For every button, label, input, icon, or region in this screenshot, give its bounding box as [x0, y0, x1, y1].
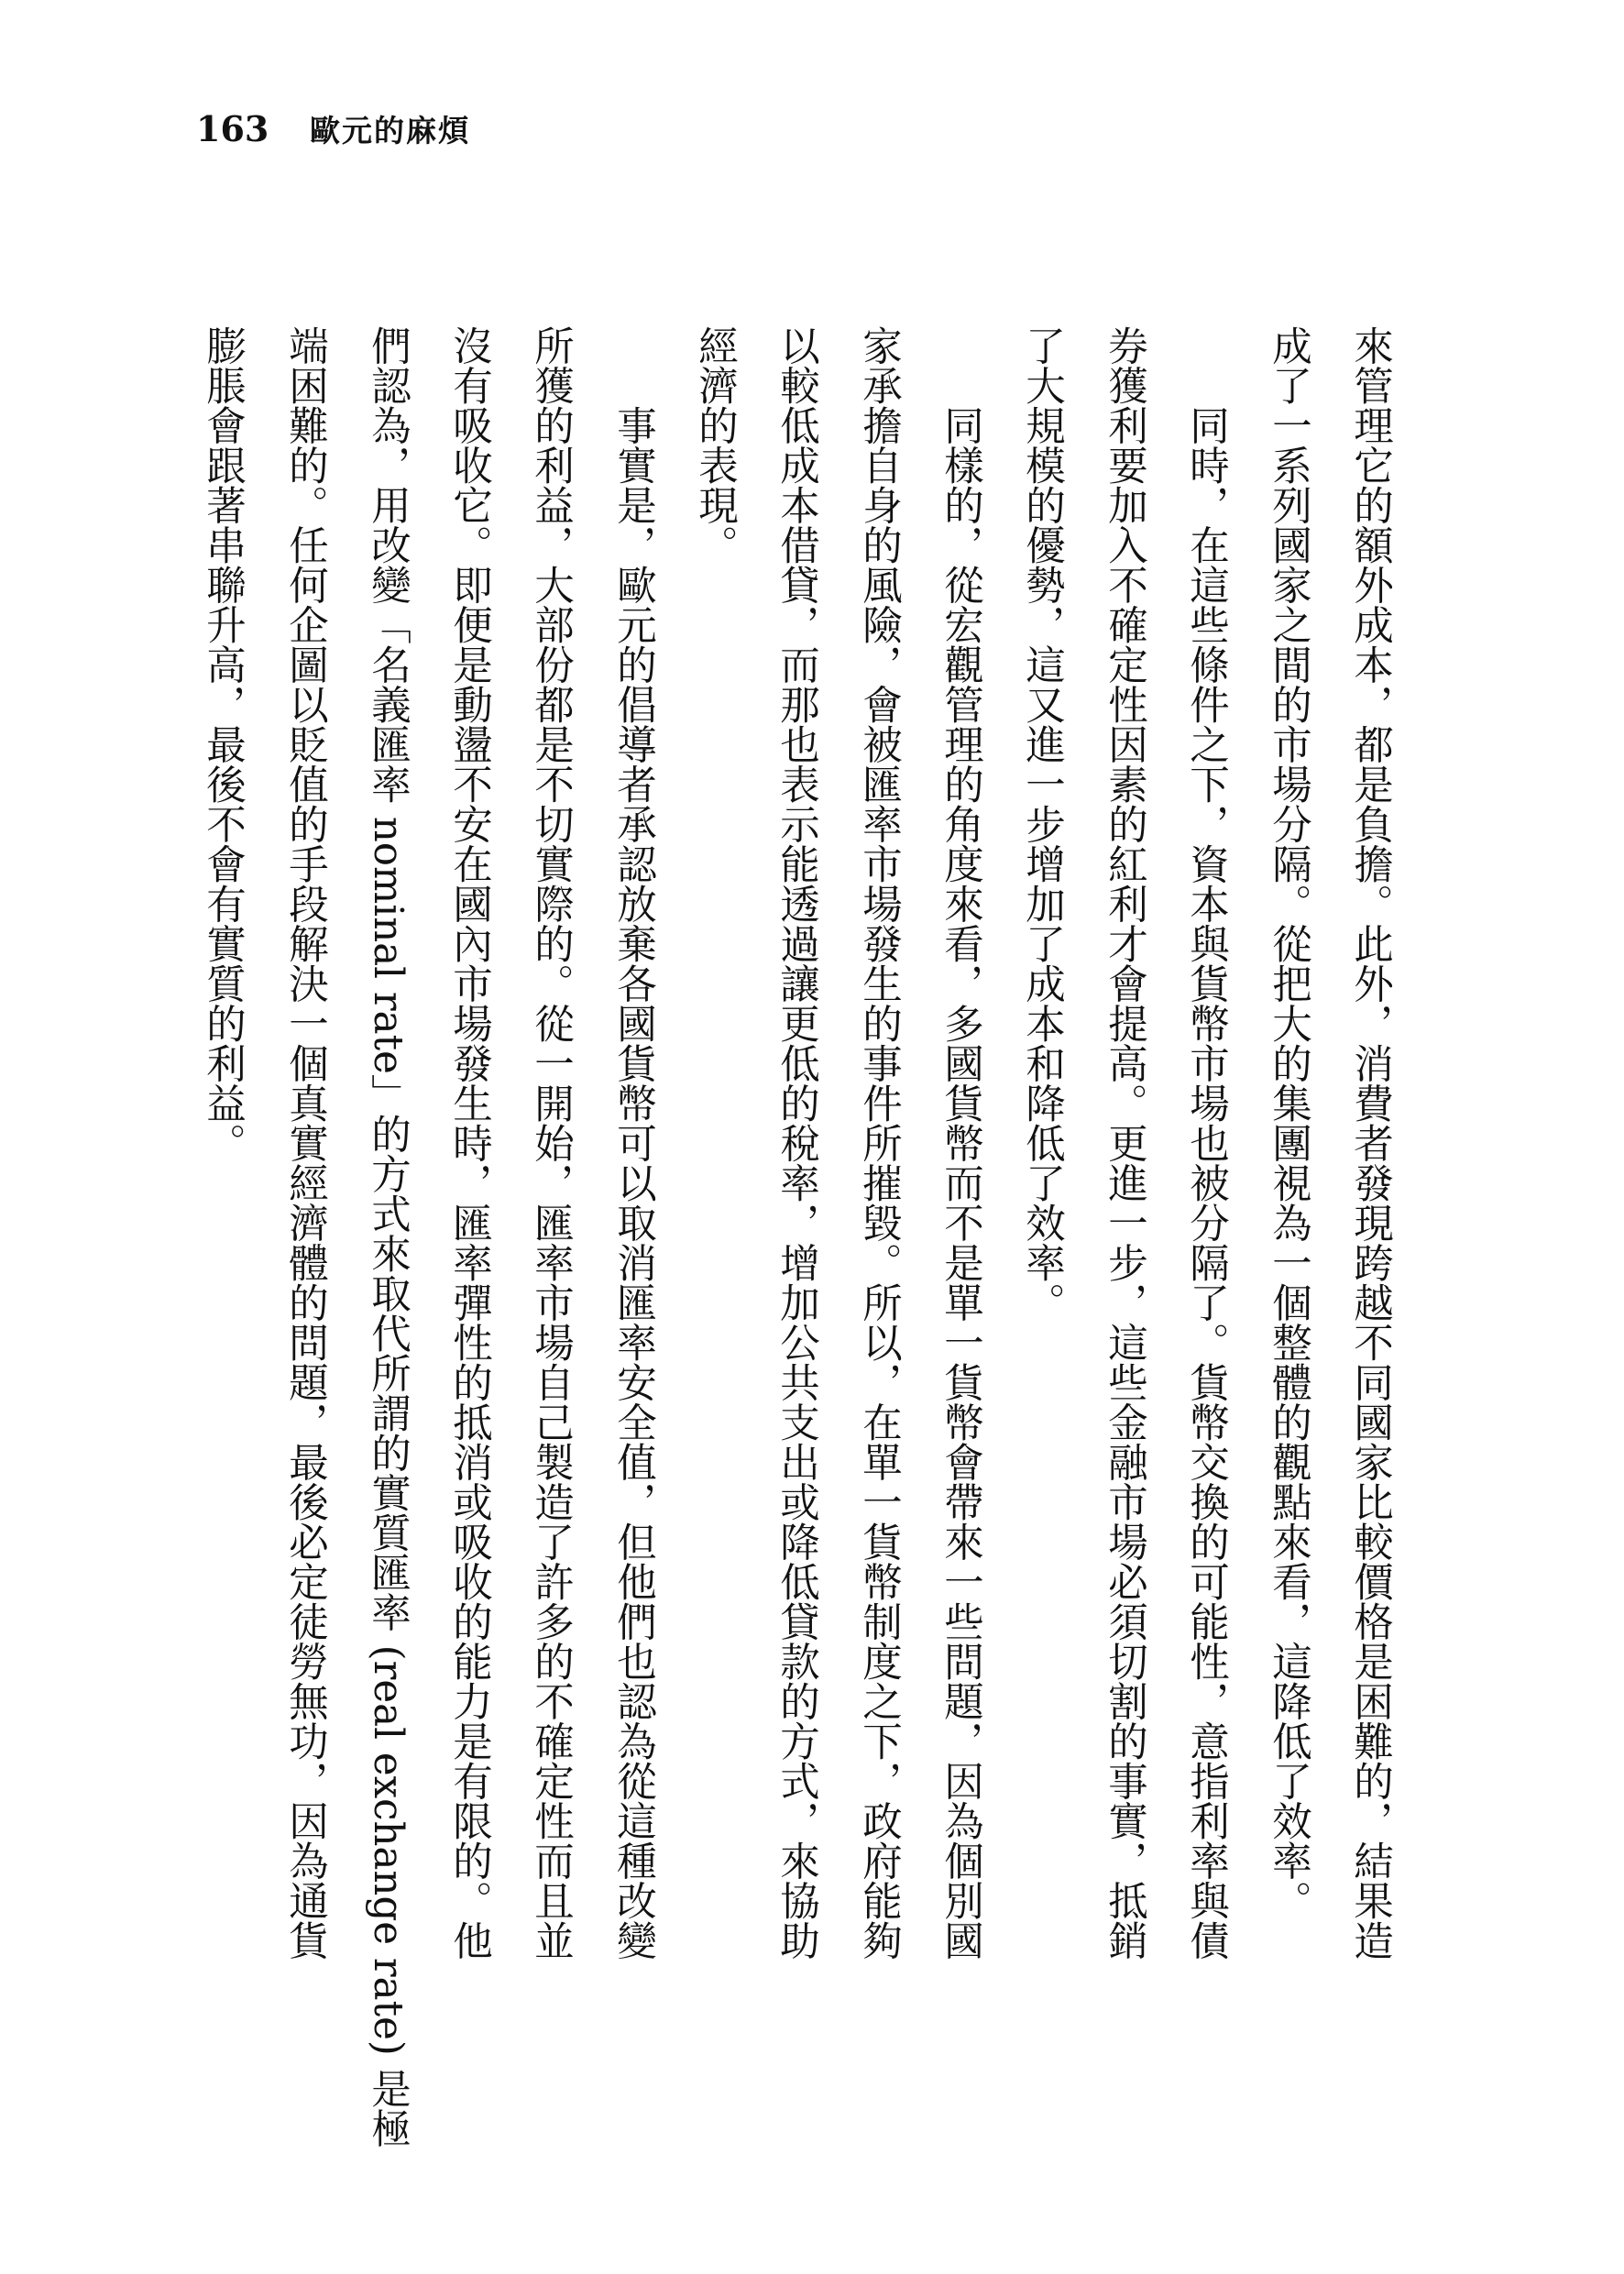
text-column-1: 來管理它的額外成本，都是負擔。此外，消費者發現跨越不同國家比較價格是困難的，結果…: [1347, 325, 1393, 2012]
text-column-11: 所獲的利益，大部份都是不切實際的。從一開始，匯率市場自己製造了許多的不確定性而且…: [528, 325, 574, 2012]
text-column-14: 端困難的。任何企圖以貶值的手段解決一個真實經濟體的問題，最後必定徒勞無功，因為通…: [282, 325, 328, 2012]
text-column-13: 們認為，用改變「名義匯率 nominal rate」的方式來取代所謂的實質匯率 …: [365, 325, 411, 2012]
text-column-5: 了大規模的優勢，這又進一步增加了成本和降低了效率。: [1019, 325, 1065, 2012]
text-column-7: 家承擔自身的風險，會被匯率市場發生的事件所摧毀。所以，在單一貨幣制度之下，政府能…: [856, 325, 902, 2012]
text-column-15: 膨脹會跟著串聯升高，最後不會有實質的利益。: [200, 325, 246, 2012]
text-column-9: 經濟的表現。: [692, 325, 738, 2012]
text-column-4: 券獲利要加入不確定性因素的紅利才會提高。更進一步，這些金融市場必須切割的事實，抵…: [1102, 325, 1147, 2012]
text-column-6: 同樣的，從宏觀管理的角度來看，多國貨幣而不是單一貨幣會帶來一些問題，因為個別國: [938, 325, 983, 2012]
page-number: 163: [196, 108, 306, 149]
vertical-body-text: 來管理它的額外成本，都是負擔。此外，消費者發現跨越不同國家比較價格是困難的，結果…: [183, 325, 1393, 2030]
chapter-title: 歐元的麻煩: [310, 107, 470, 150]
text-column-10: 事實是，歐元的倡導者承認放棄各國貨幣可以取消匯率安全值，但他們也認為從這種改變: [610, 325, 656, 2012]
text-column-3: 同時，在這些條件之下，資本與貨幣市場也被分隔了。貨幣交換的可能性，意指利率與債: [1183, 325, 1229, 2012]
book-page: 163 歐元的麻煩 來管理它的額外成本，都是負擔。此外，消費者發現跨越不同國家比…: [0, 0, 1624, 2274]
text-column-2: 成了一系列國家之間的市場分隔。從把大的集團視為一個整體的觀點來看，這降低了效率。: [1266, 325, 1311, 2012]
text-column-8: 以較低成本借貸，而那也表示能透過讓更低的稅率，增加公共支出或降低貸款的方式，來協…: [774, 325, 819, 2012]
running-head: 163 歐元的麻煩: [196, 108, 470, 148]
text-column-12: 沒有吸收它。即便是動盪不安在國內市場發生時，匯率彈性的抵消或吸收的能力是有限的。…: [446, 325, 492, 2012]
